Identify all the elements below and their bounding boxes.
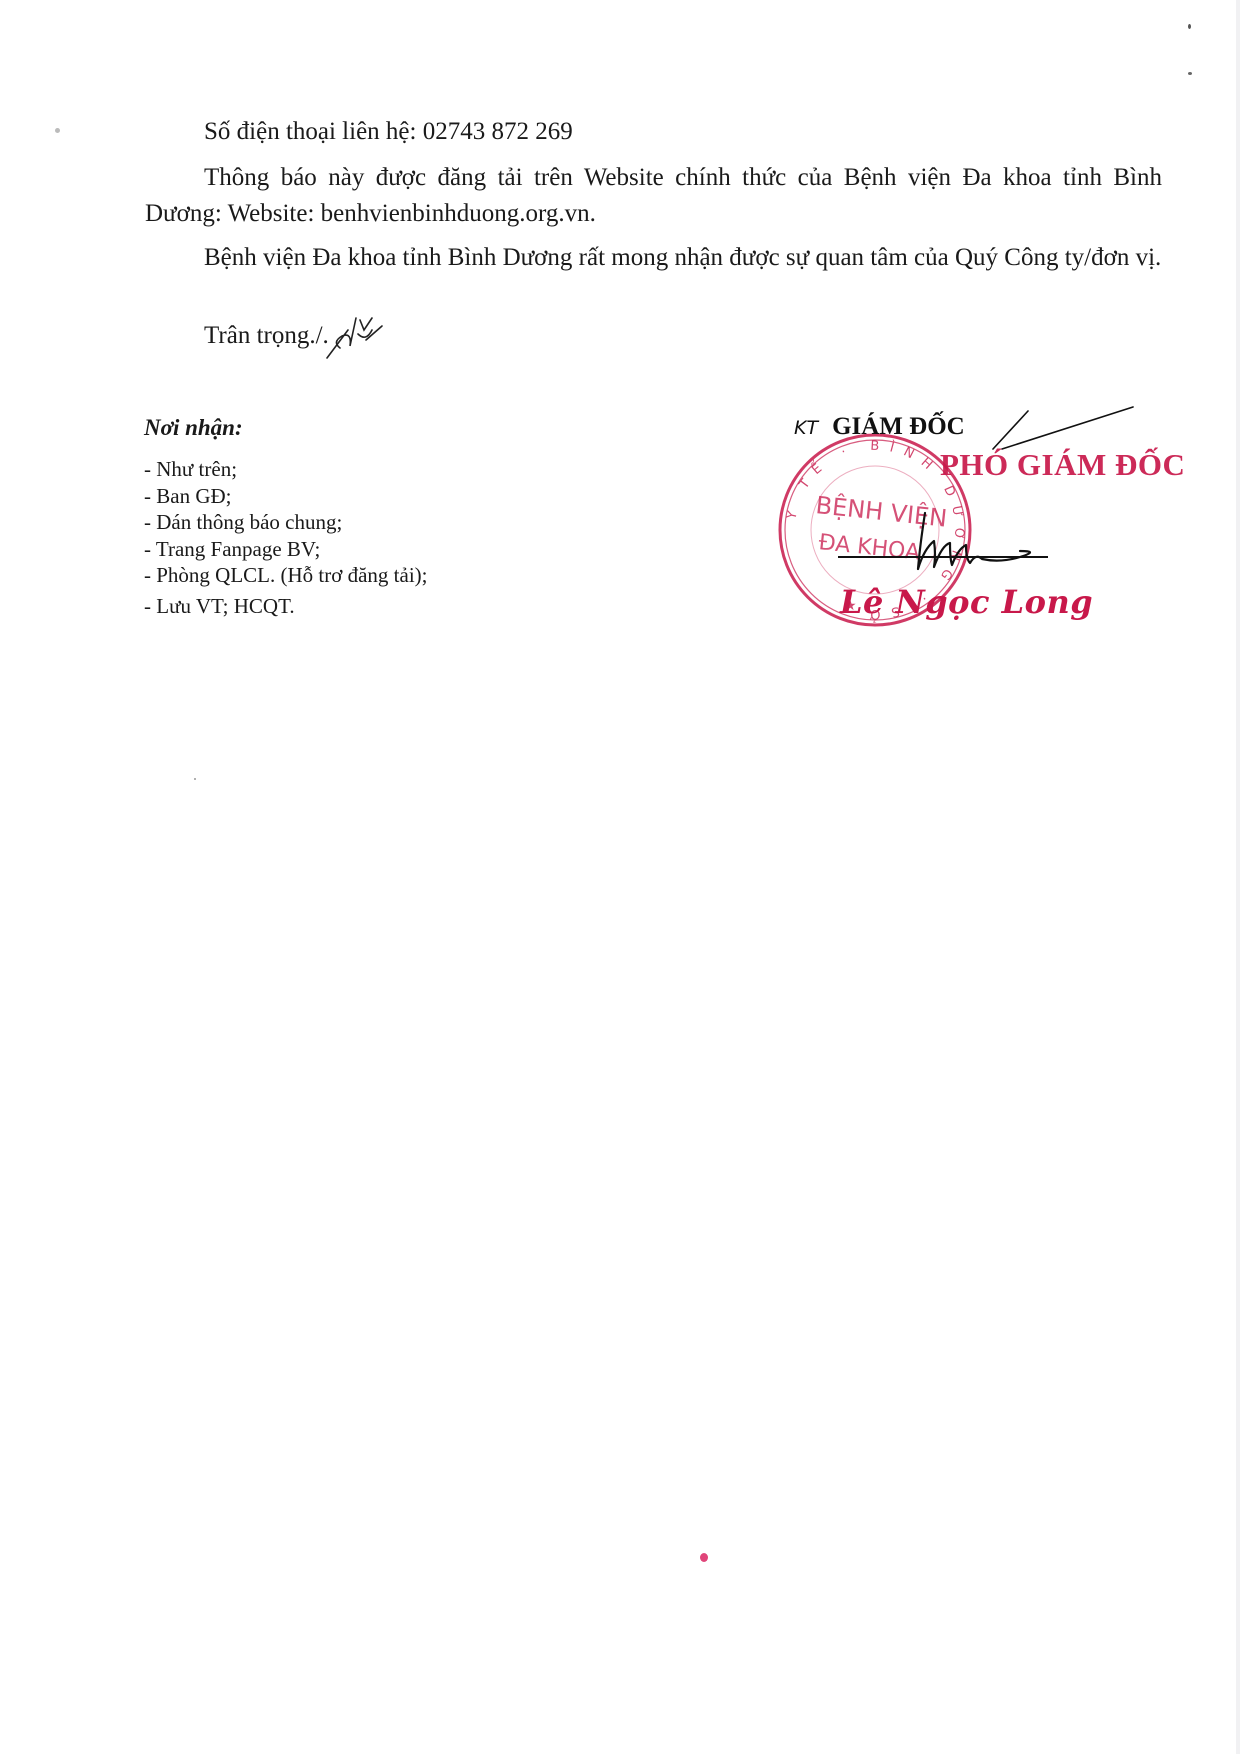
contact-phone-paragraph: Số điện thoại liên hệ: 02743 872 269 [145,114,1162,150]
closing-text: Trân trọng./. [204,322,329,349]
appreciation-paragraph: Bệnh viện Đa khoa tỉnh Bình Dương rất mo… [145,240,1162,276]
initials-mark-icon [322,312,402,362]
recipients-title: Nơi nhận: [144,412,564,444]
signer-name: Lê Ngọc Long [840,583,1093,621]
authority-title: GIÁM ĐỐC [832,413,965,440]
handwritten-signature [890,505,1170,575]
signature-block: Y TẾ · BÌNH DƯƠNG · SỞ BỆNH VIỆN ĐA KHOA… [770,405,1190,645]
recipient-item: - Trang Fanpage BV; [144,536,564,563]
appreciation-text: Bệnh viện Đa khoa tỉnh Bình Dương rất mo… [204,244,1161,271]
recipient-item: - Lưu VT; HCQT. [144,593,564,620]
scan-edge [1236,0,1240,1754]
closing-paragraph: Trân trọng./. [145,318,1162,354]
scan-speck [194,778,196,780]
scan-speck [55,128,60,133]
scan-speck [1188,72,1192,75]
contact-phone-text: Số điện thoại liên hệ: 02743 872 269 [204,118,573,145]
recipients-block: Nơi nhận: - Như trên; - Ban GĐ; - Dán th… [144,412,564,619]
authority-line: KTGIÁM ĐỐC [794,413,965,441]
recipient-item: - Như trên; [144,456,564,483]
signature-underline [838,556,1048,558]
signer-title: PHÓ GIÁM ĐỐC [940,447,1185,483]
website-notice-text: Thông báo này được đăng tải trên Website… [145,164,1162,227]
scan-speck [1188,24,1191,29]
authority-prefix: KT [794,417,818,439]
document-page: Số điện thoại liên hệ: 02743 872 269 Thô… [0,0,1240,1754]
website-notice-paragraph: Thông báo này được đăng tải trên Website… [145,160,1162,232]
recipient-item: - Ban GĐ; [144,483,564,510]
recipient-item: - Phòng QLCL. (Hỗ trơ đăng tải); [144,562,564,589]
ink-speck [700,1553,708,1562]
recipient-item: - Dán thông báo chung; [144,509,564,536]
recipients-list: - Như trên; - Ban GĐ; - Dán thông báo ch… [144,456,564,619]
